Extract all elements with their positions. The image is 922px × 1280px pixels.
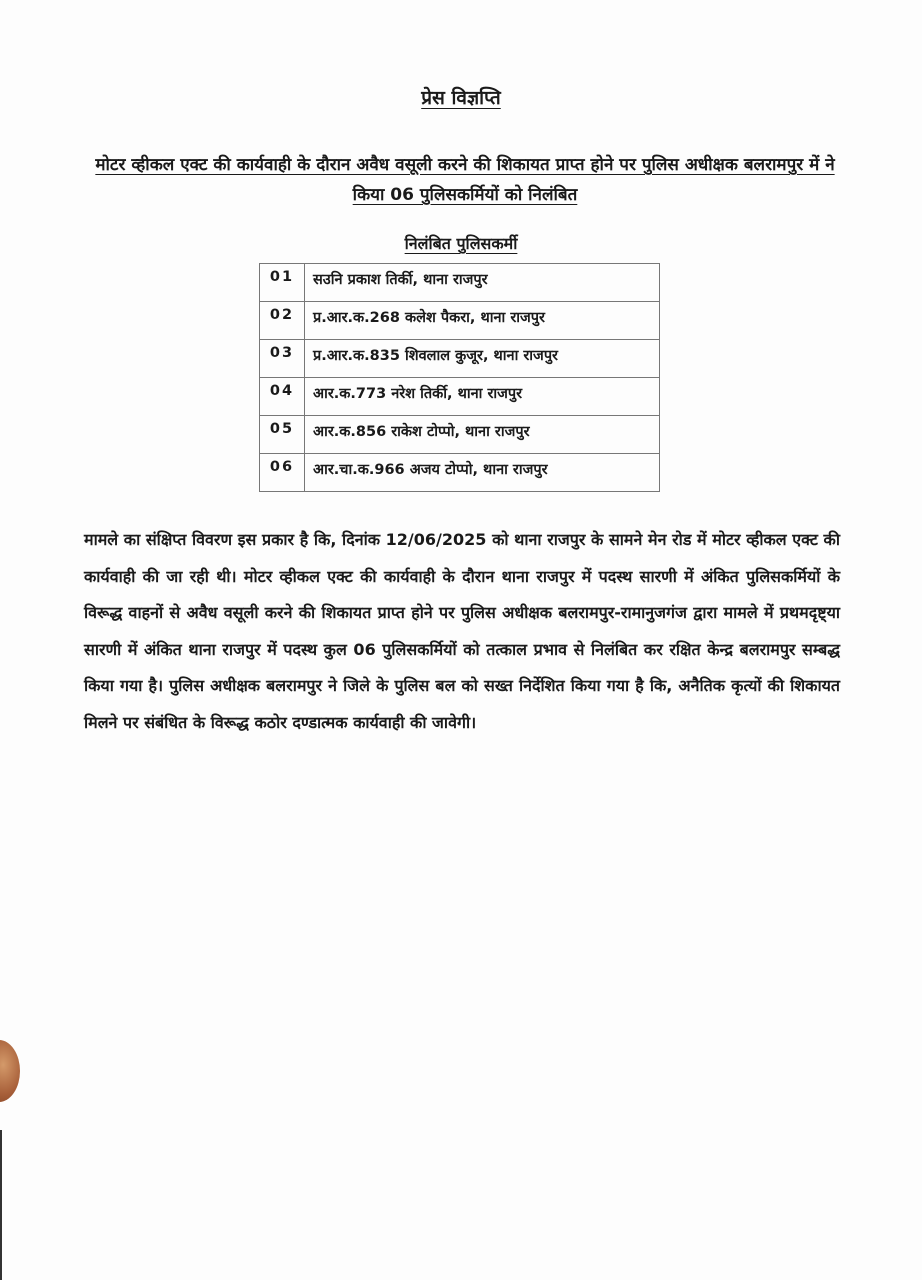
personnel-detail: प्र.आर.क.268 कलेश पैकरा, थाना राजपुर bbox=[305, 302, 660, 340]
serial-number: 06 bbox=[260, 454, 305, 492]
table-row: 03 प्र.आर.क.835 शिवलाल कुजूर, थाना राजपु… bbox=[260, 340, 660, 378]
table-row: 02 प्र.आर.क.268 कलेश पैकरा, थाना राजपुर bbox=[260, 302, 660, 340]
document-title-text: प्रेस विज्ञप्ति bbox=[421, 87, 501, 109]
table-heading-text: निलंबित पुलिसकर्मी bbox=[405, 234, 518, 253]
table-row: 01 सउनि प्रकाश तिर्की, थाना राजपुर bbox=[260, 264, 660, 302]
table-row: 04 आर.क.773 नरेश तिर्की, थाना राजपुर bbox=[260, 378, 660, 416]
serial-number: 04 bbox=[260, 378, 305, 416]
serial-number: 01 bbox=[260, 264, 305, 302]
personnel-detail: प्र.आर.क.835 शिवलाल कुजूर, थाना राजपुर bbox=[305, 340, 660, 378]
page-edge-shadow bbox=[0, 1130, 2, 1280]
headline: मोटर व्हीकल एक्ट की कार्यवाही के दौरान अ… bbox=[80, 150, 850, 210]
suspended-personnel-table: 01 सउनि प्रकाश तिर्की, थाना राजपुर 02 प्… bbox=[259, 263, 660, 492]
personnel-detail: सउनि प्रकाश तिर्की, थाना राजपुर bbox=[305, 264, 660, 302]
personnel-detail: आर.चा.क.966 अजय टोप्पो, थाना राजपुर bbox=[305, 454, 660, 492]
serial-number: 02 bbox=[260, 302, 305, 340]
body-paragraph: मामले का संक्षिप्त विवरण इस प्रकार है कि… bbox=[84, 522, 840, 741]
table-row: 06 आर.चा.क.966 अजय टोप्पो, थाना राजपुर bbox=[260, 454, 660, 492]
table-row: 05 आर.क.856 राकेश टोप्पो, थाना राजपुर bbox=[260, 416, 660, 454]
personnel-detail: आर.क.773 नरेश तिर्की, थाना राजपुर bbox=[305, 378, 660, 416]
thumb-photo-artifact bbox=[0, 1040, 20, 1102]
headline-text: मोटर व्हीकल एक्ट की कार्यवाही के दौरान अ… bbox=[95, 155, 834, 205]
serial-number: 05 bbox=[260, 416, 305, 454]
document-title: प्रेस विज्ञप्ति bbox=[0, 84, 922, 110]
table-heading: निलंबित पुलिसकर्मी bbox=[0, 232, 922, 254]
personnel-detail: आर.क.856 राकेश टोप्पो, थाना राजपुर bbox=[305, 416, 660, 454]
press-release-page: प्रेस विज्ञप्ति मोटर व्हीकल एक्ट की कार्… bbox=[0, 0, 922, 1280]
serial-number: 03 bbox=[260, 340, 305, 378]
